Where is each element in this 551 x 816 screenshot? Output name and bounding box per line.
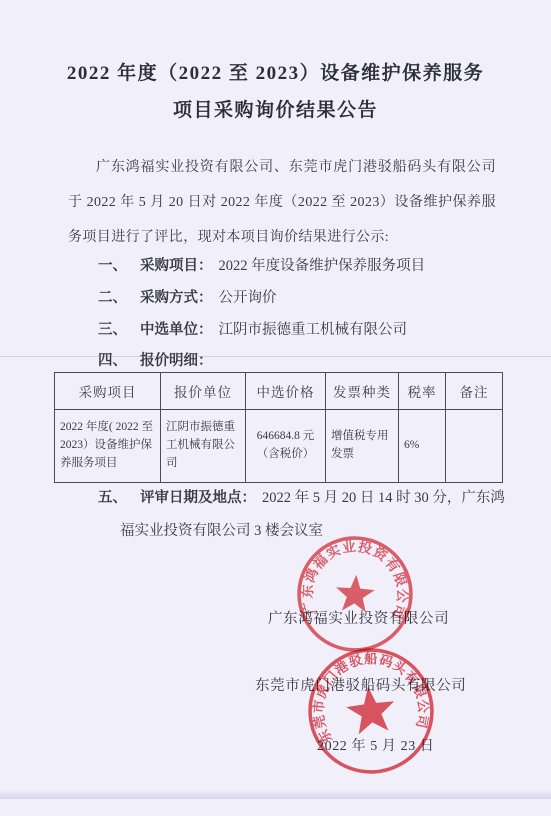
table-row: 2022 年度( 2022 至 2023）设备维护保养服务项目 江阴市振德重工机… xyxy=(55,410,503,483)
seal-star-icon xyxy=(344,684,398,735)
cell-note xyxy=(446,410,503,483)
col-header-price: 中选价格 xyxy=(246,373,326,410)
list-item-1: 一、采购项目：2022 年度设备维护保养服务项目 xyxy=(98,254,425,275)
table-header-row: 采购项目 报价单位 中选价格 发票种类 税率 备注 xyxy=(55,373,503,410)
list-item-label: 采购项目： xyxy=(140,258,213,274)
cell-project: 2022 年度( 2022 至 2023）设备维护保养服务项目 xyxy=(55,410,161,483)
document-title-line1: 2022 年度（2022 至 2023）设备维护保养服务 xyxy=(0,58,551,85)
list-item-value: 2022 年 5 月 20 日 14 时 30 分，广东鸿 xyxy=(262,490,505,506)
company-seal-1: 广东鸿福实业投资有限公司 xyxy=(290,529,420,659)
list-item-label: 评审日期及地点： xyxy=(140,490,256,506)
list-item-number: 一、 xyxy=(98,258,127,274)
list-item-3: 三、中选单位：江阴市振德重工机械有限公司 xyxy=(98,318,407,339)
list-item-4: 四、报价明细： xyxy=(98,349,219,370)
scan-artifact-band xyxy=(0,789,551,799)
scanned-document-page: 2022 年度（2022 至 2023）设备维护保养服务 项目采购询价结果公告 … xyxy=(0,0,551,816)
list-item-label: 采购方式： xyxy=(140,290,213,306)
list-item-number: 三、 xyxy=(98,322,127,338)
company-seal-2: 东莞市虎门港驳船码头有限公司 xyxy=(297,637,444,784)
scan-artifact-line xyxy=(0,356,551,357)
col-header-note: 备注 xyxy=(446,373,503,410)
intro-paragraph: 广东鸿福实业投资有限公司、东莞市虎门港驳船码头有限公司于 2022 年 5 月 … xyxy=(68,150,496,255)
seal-star-icon xyxy=(334,573,375,612)
col-header-bidder: 报价单位 xyxy=(161,373,246,410)
col-header-invoice: 发票种类 xyxy=(326,373,399,410)
list-item-5: 五、评审日期及地点：2022 年 5 月 20 日 14 时 30 分，广东鸿 xyxy=(98,486,505,507)
list-item-label: 中选单位： xyxy=(140,322,213,338)
cell-price: 646684.8 元 （含税价） xyxy=(246,410,326,483)
document-title-line2: 项目采购询价结果公告 xyxy=(0,95,551,122)
quote-detail-table: 采购项目 报价单位 中选价格 发票种类 税率 备注 2022 年度( 2022 … xyxy=(54,372,503,483)
price-note: （含税价） xyxy=(251,446,320,464)
list-item-number: 五、 xyxy=(98,490,127,506)
price-amount: 646684.8 元 xyxy=(251,428,320,446)
cell-invoice: 增值税专用发票 xyxy=(326,410,399,483)
col-header-tax: 税率 xyxy=(399,373,446,410)
list-item-value: 公开询价 xyxy=(219,290,277,306)
list-item-2: 二、采购方式：公开询价 xyxy=(98,286,277,307)
list-item-value: 2022 年度设备维护保养服务项目 xyxy=(219,258,426,274)
col-header-project: 采购项目 xyxy=(55,373,161,410)
cell-tax-rate: 6% xyxy=(399,410,446,483)
list-item-5-continued: 福实业投资有限公司 3 楼会议室 xyxy=(120,519,323,540)
list-item-value: 江阴市振德重工机械有限公司 xyxy=(219,322,408,338)
list-item-number: 二、 xyxy=(98,290,127,306)
cell-bidder: 江阴市振德重工机械有限公司 xyxy=(161,410,246,483)
